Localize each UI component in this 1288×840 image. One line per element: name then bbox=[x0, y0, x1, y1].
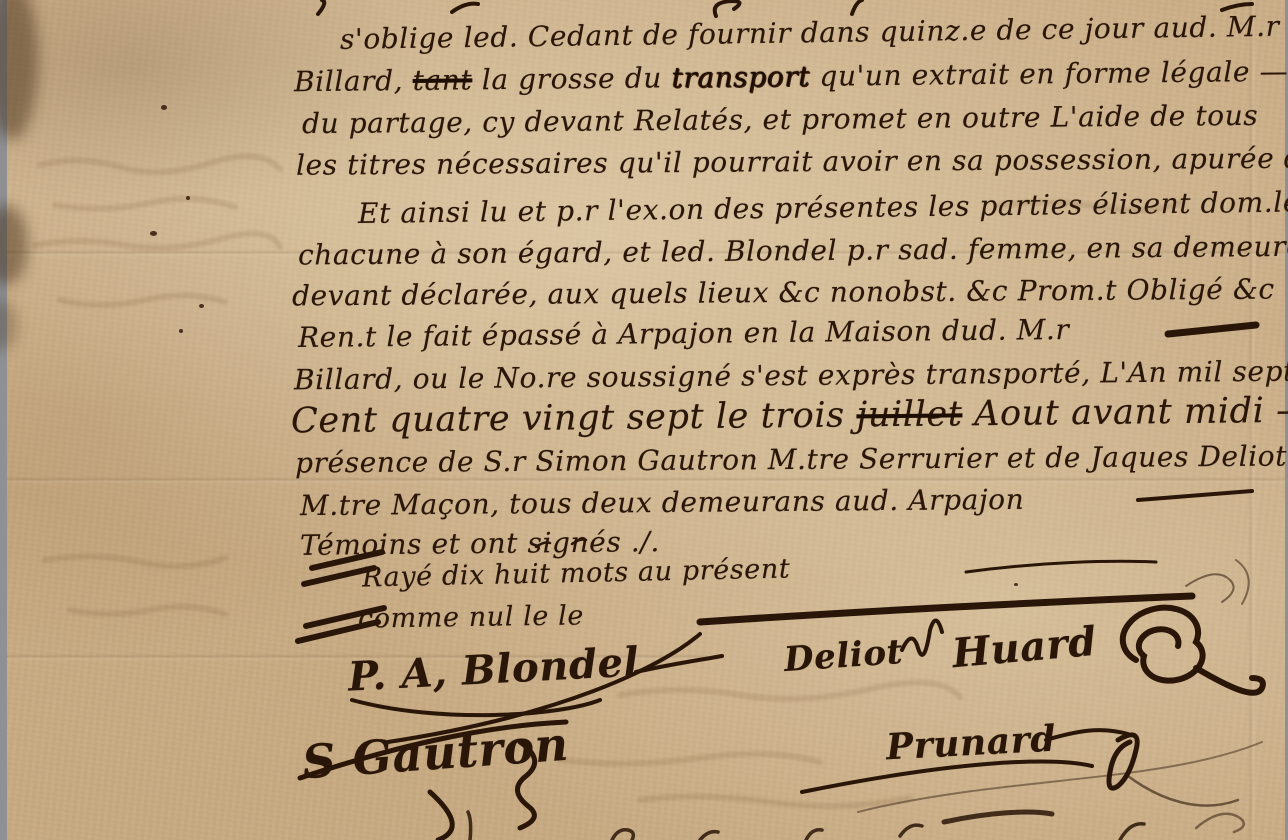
signature-deliot: Deliot bbox=[783, 632, 904, 680]
manuscript-line: M.tre Maçon, tous deux demeurans aud. Ar… bbox=[300, 483, 1025, 522]
signature-prunard: Prunard bbox=[885, 718, 1057, 769]
manuscript-line: Et ainsi lu et p.r l'ex.on des présentes… bbox=[358, 185, 1288, 230]
scanned-document-page: s'oblige led. Cedant de fournir dans qui… bbox=[0, 0, 1288, 840]
line-text: transport bbox=[671, 60, 810, 94]
manuscript-line: chacune à son égard, et led. Blondel p.r… bbox=[298, 229, 1288, 271]
manuscript-line: comme nul le le bbox=[358, 600, 584, 634]
signature-huard: Huard bbox=[950, 618, 1098, 677]
manuscript-line: les titres nécessaires qu'il pourrait av… bbox=[296, 141, 1288, 181]
ink-layer: s'oblige led. Cedant de fournir dans qui… bbox=[0, 0, 1288, 840]
struck-word: juillet bbox=[856, 394, 962, 435]
line-text: qu'un extrait en forme légale — bbox=[810, 55, 1288, 93]
line-text: Ren.t le fait épassé à Arpajon en la Mai… bbox=[298, 313, 1070, 354]
signature-s-gautron: S Gautron bbox=[300, 717, 570, 789]
line-text: devant déclarée, aux quels lieux &c nono… bbox=[292, 273, 1275, 313]
manuscript-line: du partage, cy devant Relatés, et promet… bbox=[302, 99, 1259, 140]
line-text: Aout avant midi — bbox=[962, 391, 1288, 435]
line-text: chacune à son égard, et led. Blondel p.r… bbox=[298, 229, 1288, 271]
line-text: Et ainsi lu et p.r l'ex.on des présentes… bbox=[358, 185, 1288, 230]
line-text: Billard, ou le No.re soussigné s'est exp… bbox=[294, 355, 1288, 397]
line-text: les titres nécessaires qu'il pourrait av… bbox=[296, 141, 1288, 181]
line-text: la grosse du bbox=[472, 61, 671, 96]
manuscript-line: Billard, ou le No.re soussigné s'est exp… bbox=[294, 355, 1288, 397]
manuscript-line: s'oblige led. Cedant de fournir dans qui… bbox=[340, 9, 1288, 56]
line-text: Billard, bbox=[294, 64, 413, 98]
line-text: présence de S.r Simon Gautron M.tre Serr… bbox=[295, 440, 1287, 480]
line-text: comme nul le le bbox=[358, 600, 584, 634]
signature-p-a-blondel: P. A, Blondel bbox=[347, 638, 640, 700]
line-text: M.tre Maçon, tous deux demeurans aud. Ar… bbox=[300, 483, 1025, 522]
line-text: Cent quatre vingt sept le trois bbox=[291, 395, 857, 441]
line-text: s'oblige led. Cedant de fournir dans qui… bbox=[340, 9, 1288, 56]
manuscript-line: devant déclarée, aux quels lieux &c nono… bbox=[292, 273, 1275, 313]
manuscript-line: présence de S.r Simon Gautron M.tre Serr… bbox=[295, 440, 1287, 480]
line-text: du partage, cy devant Relatés, et promet… bbox=[302, 99, 1259, 140]
struck-word: tant bbox=[413, 63, 473, 97]
manuscript-line: Ren.t le fait épassé à Arpajon en la Mai… bbox=[298, 313, 1070, 354]
manuscript-line: Cent quatre vingt sept le trois juillet … bbox=[291, 391, 1288, 442]
manuscript-line: Billard, tant la grosse du transport qu'… bbox=[294, 55, 1288, 98]
